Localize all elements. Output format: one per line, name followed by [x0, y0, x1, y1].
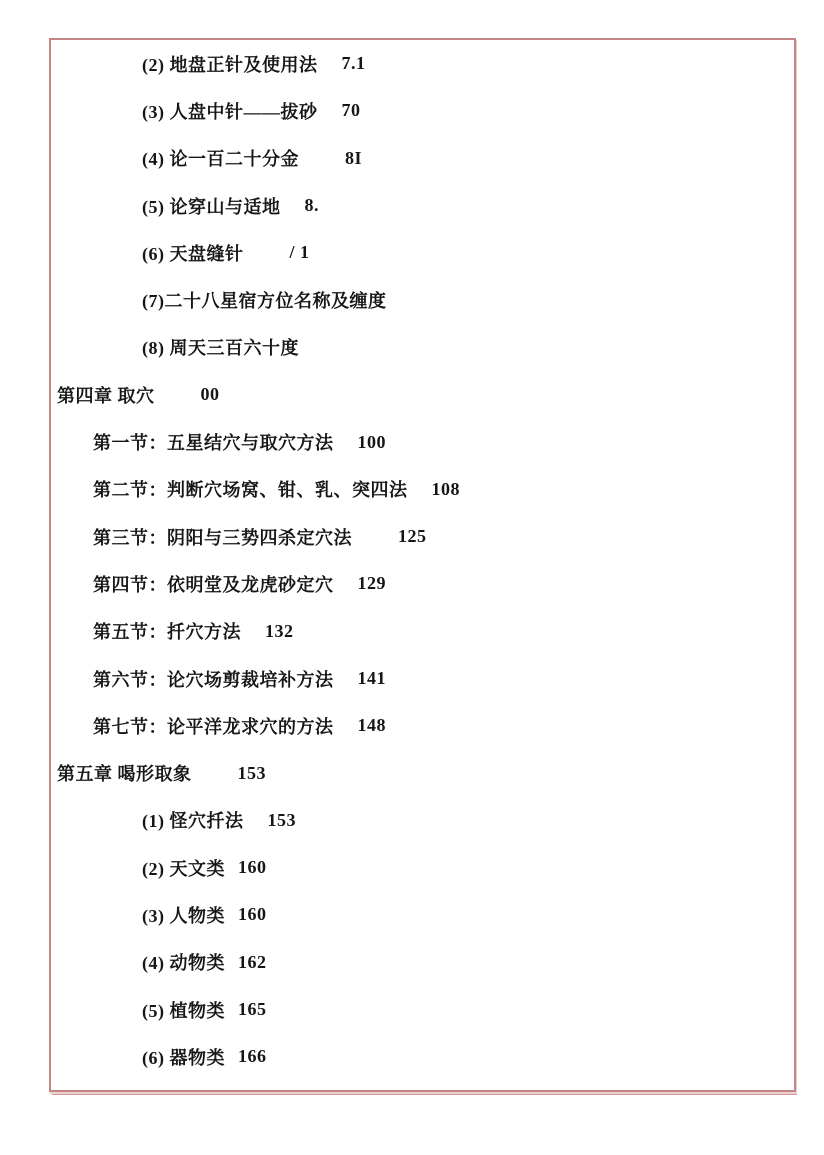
- toc-entry: (8) 周天三百六十度: [51, 324, 794, 371]
- toc-entry-label: 第四节：依明堂及龙虎砂定穴: [93, 571, 334, 597]
- toc-entry-label: (4) 论一百二十分金: [142, 145, 299, 171]
- toc-entry-label: 第五章 喝形取象: [57, 760, 192, 786]
- toc-entry: (2) 地盘正针及使用法7.1: [51, 40, 794, 87]
- toc-entry: (3) 人盘中针——拔砂70: [51, 87, 794, 134]
- toc-entry-label: (5) 植物类: [142, 997, 225, 1023]
- toc-entry: 第五节：扦穴方法132: [51, 608, 794, 655]
- toc-entry-label: (1) 怪穴扦法: [142, 807, 244, 833]
- toc-entry: (7)二十八星宿方位名称及缠度: [51, 276, 794, 323]
- toc-entry-page: 160: [238, 857, 267, 878]
- toc-entry-label: (4) 动物类: [142, 949, 225, 975]
- toc-entry: 第一节：五星结穴与取穴方法100: [51, 418, 794, 465]
- toc-entry-page: 148: [358, 715, 387, 736]
- toc-frame: (2) 地盘正针及使用法7.1(3) 人盘中针——拔砂70(4) 论一百二十分金…: [49, 38, 796, 1092]
- toc-entry-page: 70: [342, 100, 361, 121]
- toc-entry: (6) 器物类166: [51, 1033, 794, 1080]
- toc-entry-page: 166: [238, 1046, 267, 1067]
- toc-entry-label: 第二节：判断穴场窝、钳、乳、突四法: [93, 476, 408, 502]
- toc-entry-label: (2) 天文类: [142, 855, 225, 881]
- toc-entry-label: (7)二十八星宿方位名称及缠度: [142, 287, 387, 313]
- toc-entry: 第七节：论平洋龙求穴的方法148: [51, 702, 794, 749]
- toc-entry: (3) 人物类160: [51, 891, 794, 938]
- toc-entry-label: (6) 器物类: [142, 1044, 225, 1070]
- toc-entry-page: 162: [238, 952, 267, 973]
- toc-entry-label: 第一节：五星结穴与取穴方法: [93, 429, 334, 455]
- toc-entry-label: 第七节：论平洋龙求穴的方法: [93, 713, 334, 739]
- toc-entry-page: 141: [358, 668, 387, 689]
- toc-entry: (1) 怪穴扦法153: [51, 797, 794, 844]
- toc-entry: 第三节：阴阳与三势四杀定穴法125: [51, 513, 794, 560]
- toc-entry: 第四章 取穴00: [51, 371, 794, 418]
- toc-entry-label: (3) 人盘中针——拔砂: [142, 98, 318, 124]
- toc-entry-page: 100: [358, 432, 387, 453]
- toc-entry-page: 8.: [305, 195, 320, 216]
- toc-entry: (4) 动物类162: [51, 939, 794, 986]
- toc-entry: (4) 论一百二十分金8I: [51, 135, 794, 182]
- toc-entry-label: 第四章 取穴: [57, 382, 155, 408]
- toc-entry-label: (6) 天盘缝针: [142, 240, 244, 266]
- toc-list: (2) 地盘正针及使用法7.1(3) 人盘中针——拔砂70(4) 论一百二十分金…: [51, 40, 794, 1090]
- toc-entry: (2) 天文类160: [51, 844, 794, 891]
- toc-entry: 第六节：论穴场剪裁培补方法141: [51, 655, 794, 702]
- toc-entry: 第二节：判断穴场窝、钳、乳、突四法108: [51, 466, 794, 513]
- toc-entry-page: 132: [265, 621, 294, 642]
- toc-entry-label: (5) 论穿山与适地: [142, 193, 281, 219]
- toc-entry: 第四节：依明堂及龙虎砂定穴129: [51, 560, 794, 607]
- document-page: (2) 地盘正针及使用法7.1(3) 人盘中针——拔砂70(4) 论一百二十分金…: [0, 0, 824, 1155]
- toc-entry-page: 00: [201, 384, 220, 405]
- toc-entry-page: 129: [358, 573, 387, 594]
- toc-entry-label: (3) 人物类: [142, 902, 225, 928]
- toc-entry: 第五章 喝形取象153: [51, 749, 794, 796]
- toc-entry-page: 165: [238, 999, 267, 1020]
- toc-entry-page: / 1: [290, 242, 310, 263]
- toc-entry-page: 8I: [345, 148, 362, 169]
- toc-entry-label: 第五节：扦穴方法: [93, 618, 241, 644]
- toc-entry-label: (2) 地盘正针及使用法: [142, 51, 318, 77]
- toc-entry-page: 7.1: [342, 53, 366, 74]
- toc-entry: (5) 植物类165: [51, 986, 794, 1033]
- toc-entry: (5) 论穿山与适地8.: [51, 182, 794, 229]
- toc-entry-page: 160: [238, 904, 267, 925]
- toc-entry-page: 153: [238, 763, 267, 784]
- toc-entry-label: 第六节：论穴场剪裁培补方法: [93, 666, 334, 692]
- toc-entry-page: 108: [432, 479, 461, 500]
- toc-entry-label: 第三节：阴阳与三势四杀定穴法: [93, 524, 352, 550]
- toc-entry-label: (8) 周天三百六十度: [142, 334, 299, 360]
- toc-entry: (6) 天盘缝针/ 1: [51, 229, 794, 276]
- toc-entry-page: 153: [268, 810, 297, 831]
- toc-entry-page: 125: [398, 526, 427, 547]
